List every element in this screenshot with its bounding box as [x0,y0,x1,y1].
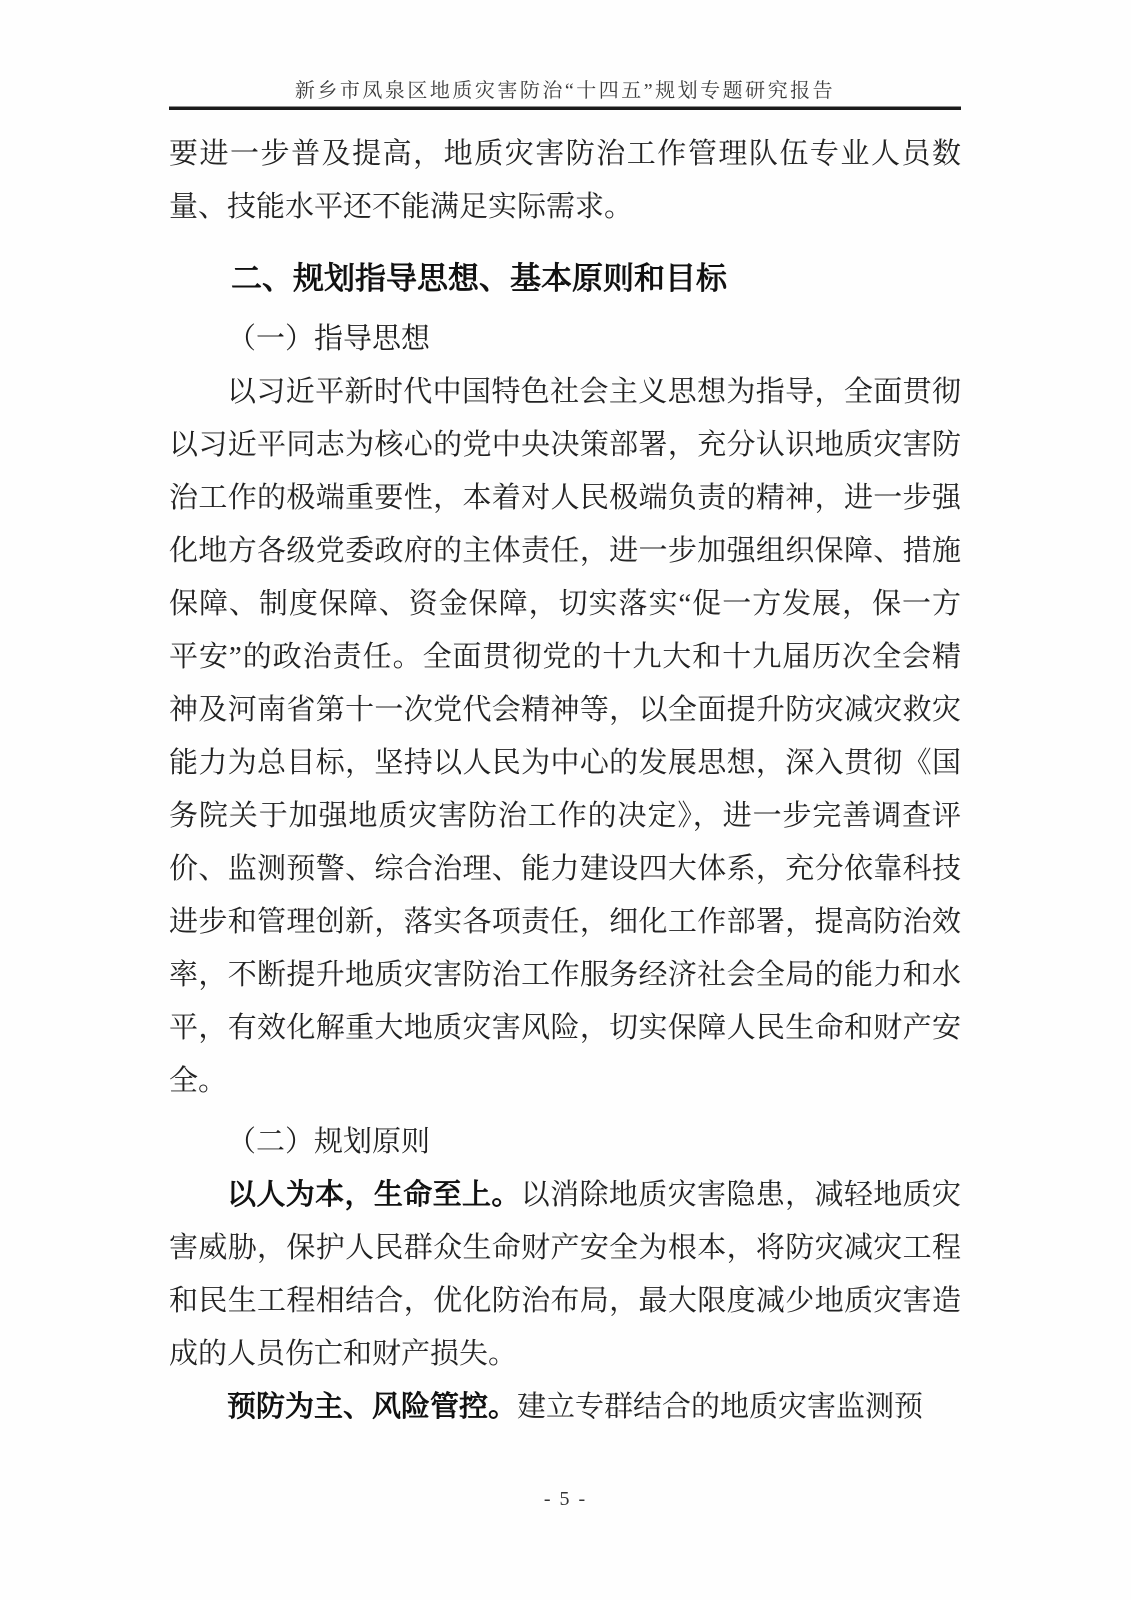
report-page: 新乡市凤泉区地质灾害防治“十四五”规划专题研究报告 要进一步普及提高，地质灾害防… [0,0,1131,1600]
page-body: 要进一步普及提高，地质灾害防治工作管理队伍专业人员数量、技能水平还不能满足实际需… [169,128,961,1434]
principle-prevention-first-lead: 预防为主、风险管控。 [227,1391,517,1423]
running-header-title: 新乡市凤泉区地质灾害防治“十四五”规划专题研究报告 [169,74,961,103]
subsection-heading-planning-principles: （二）规划原则 [169,1116,961,1169]
principle-prevention-first-text: 建立专群结合的地质灾害监测预 [517,1391,923,1423]
guiding-thought-paragraph: 以习近平新时代中国特色社会主义思想为指导，全面贯彻以习近平同志为核心的党中央决策… [169,366,961,1108]
section-heading: 二、规划指导思想、基本原则和目标 [169,252,961,305]
continuation-paragraph: 要进一步普及提高，地质灾害防治工作管理队伍专业人员数量、技能水平还不能满足实际需… [169,128,961,234]
header-rule [169,106,961,110]
principle-prevention-first-paragraph: 预防为主、风险管控。建立专群结合的地质灾害监测预 [169,1381,961,1434]
page-number: - 5 - [0,1488,1131,1511]
principle-people-first-lead: 以人为本，生命至上。 [227,1179,521,1211]
principle-people-first-paragraph: 以人为本，生命至上。以消除地质灾害隐患，减轻地质灾害威胁，保护人民群众生命财产安… [169,1169,961,1381]
subsection-heading-guiding-thought: （一）指导思想 [169,313,961,366]
